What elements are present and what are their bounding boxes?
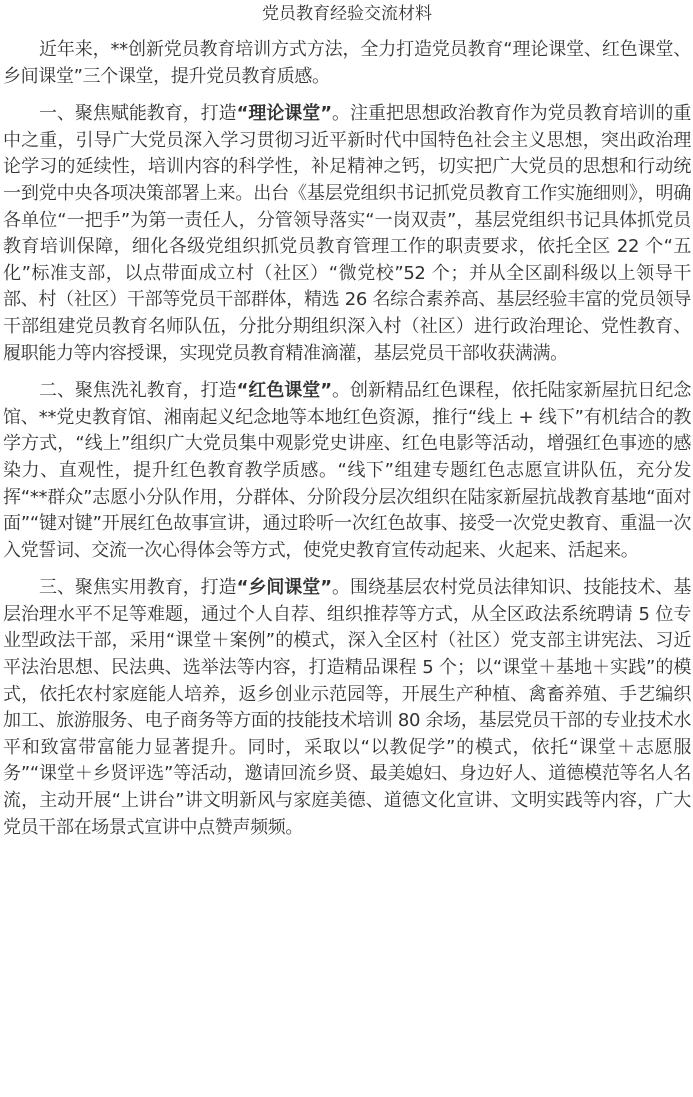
intro-text: 近年来，**创新党员教育培训方式方法，全力打造党员教育“理论课堂、红色课堂、乡间…	[3, 39, 691, 87]
section-body: 注重把思想政治教育作为党员教育培训的重中之重，引导广大党员深入学习贯彻习近平新时…	[3, 103, 691, 363]
section-heading-emphasis: “理论课堂”	[237, 103, 332, 124]
document-title: 党员教育经验交流材料	[3, 1, 691, 27]
section-heading-lead: 二、聚焦洗礼教育，打造	[39, 380, 237, 401]
section-heading-emphasis: “红色课堂”	[237, 380, 332, 401]
section-heading-tail: 。	[332, 577, 350, 598]
intro-paragraph: 近年来，**创新党员教育培训方式方法，全力打造党员教育“理论课堂、红色课堂、乡间…	[3, 37, 691, 90]
section-theory-classroom: 一、聚焦赋能教育，打造“理论课堂”。注重把思想政治教育作为党员教育培训的重中之重…	[3, 101, 691, 367]
section-body: 创新精品红色课程，依托陆家新屋抗日纪念馆、**党史教育馆、湘南起义纪念地等本地红…	[3, 380, 691, 561]
section-heading-emphasis: “乡间课堂”	[237, 577, 332, 598]
section-red-classroom: 二、聚焦洗礼教育，打造“红色课堂”。创新精品红色课程，依托陆家新屋抗日纪念馆、*…	[3, 378, 691, 564]
section-heading-lead: 三、聚焦实用教育，打造	[39, 577, 237, 598]
section-heading-tail: 。	[332, 380, 350, 401]
section-heading-lead: 一、聚焦赋能教育，打造	[39, 103, 237, 124]
section-rural-classroom: 三、聚焦实用教育，打造“乡间课堂”。围绕基层农村党员法律知识、技能技术、基层治理…	[3, 575, 691, 841]
section-heading-tail: 。	[332, 103, 350, 124]
document: 党员教育经验交流材料 近年来，**创新党员教育培训方式方法，全力打造党员教育“理…	[0, 1, 693, 841]
section-body: 围绕基层农村党员法律知识、技能技术、基层治理水平不足等难题，通过个人自荐、组织推…	[3, 577, 691, 837]
